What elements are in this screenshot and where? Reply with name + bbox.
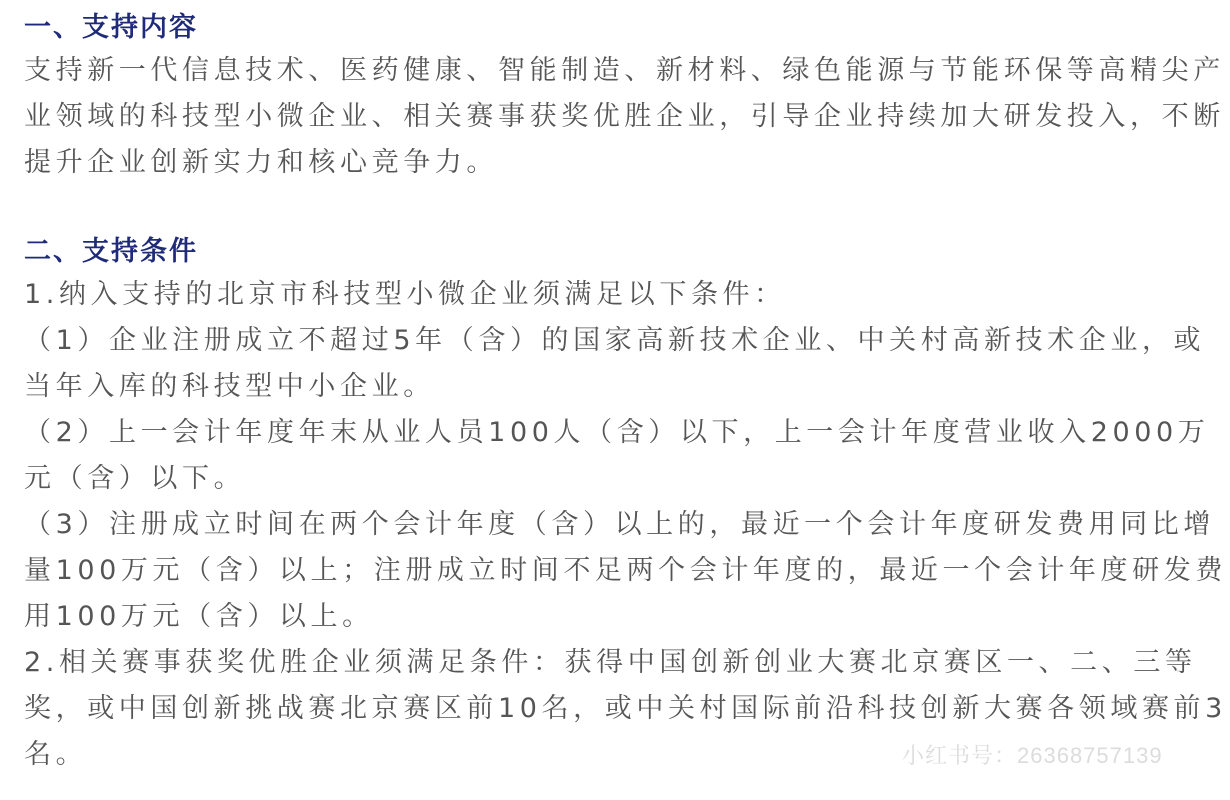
text-line: 2.相关赛事获奖优胜企业须满足条件：获得中国创新创业大赛北京赛区一、二、三等	[24, 640, 1214, 686]
text-line: （3）注册成立时间在两个会计年度（含）以上的，最近一个会计年度研发费用同比增	[24, 502, 1214, 548]
text-line: 1.纳入支持的北京市科技型小微企业须满足以下条件：	[24, 272, 1214, 318]
section-spacer	[24, 186, 1214, 232]
paragraph-condition-1-item-2: （2）上一会计年度年末从业人员100人（含）以下，上一会计年度营业收入2000万…	[24, 410, 1214, 502]
watermark-text: 小红书号：26368757139	[902, 739, 1163, 770]
text-line: 支持新一代信息技术、医药健康、智能制造、新材料、绿色能源与节能环保等高精尖产	[24, 48, 1214, 94]
paragraph-condition-1-item-3: （3）注册成立时间在两个会计年度（含）以上的，最近一个会计年度研发费用同比增 量…	[24, 502, 1214, 640]
text-line: 提升企业创新实力和核心竞争力。	[24, 140, 1214, 186]
text-line: 当年入库的科技型中小企业。	[24, 364, 1214, 410]
text-line: 业领域的科技型小微企业、相关赛事获奖优胜企业，引导企业持续加大研发投入，不断	[24, 94, 1214, 140]
document-body: 一、支持内容 支持新一代信息技术、医药健康、智能制造、新材料、绿色能源与节能环保…	[24, 8, 1214, 778]
text-line: （1）企业注册成立不超过5年（含）的国家高新技术企业、中关村高新技术企业，或	[24, 318, 1214, 364]
text-line: 量100万元（含）以上；注册成立时间不足两个会计年度的，最近一个会计年度研发费	[24, 548, 1214, 594]
paragraph-condition-1-item-1: （1）企业注册成立不超过5年（含）的国家高新技术企业、中关村高新技术企业，或 当…	[24, 318, 1214, 410]
paragraph-support-content: 支持新一代信息技术、医药健康、智能制造、新材料、绿色能源与节能环保等高精尖产 业…	[24, 48, 1214, 186]
section-heading-support-content: 一、支持内容	[24, 8, 1214, 48]
text-line: 用100万元（含）以上。	[24, 594, 1214, 640]
section-heading-support-conditions: 二、支持条件	[24, 232, 1214, 272]
paragraph-condition-1-intro: 1.纳入支持的北京市科技型小微企业须满足以下条件：	[24, 272, 1214, 318]
text-line: （2）上一会计年度年末从业人员100人（含）以下，上一会计年度营业收入2000万	[24, 410, 1214, 456]
text-line: 元（含）以下。	[24, 456, 1214, 502]
text-line: 奖，或中国创新挑战赛北京赛区前10名，或中关村国际前沿科技创新大赛各领域赛前3	[24, 686, 1214, 732]
